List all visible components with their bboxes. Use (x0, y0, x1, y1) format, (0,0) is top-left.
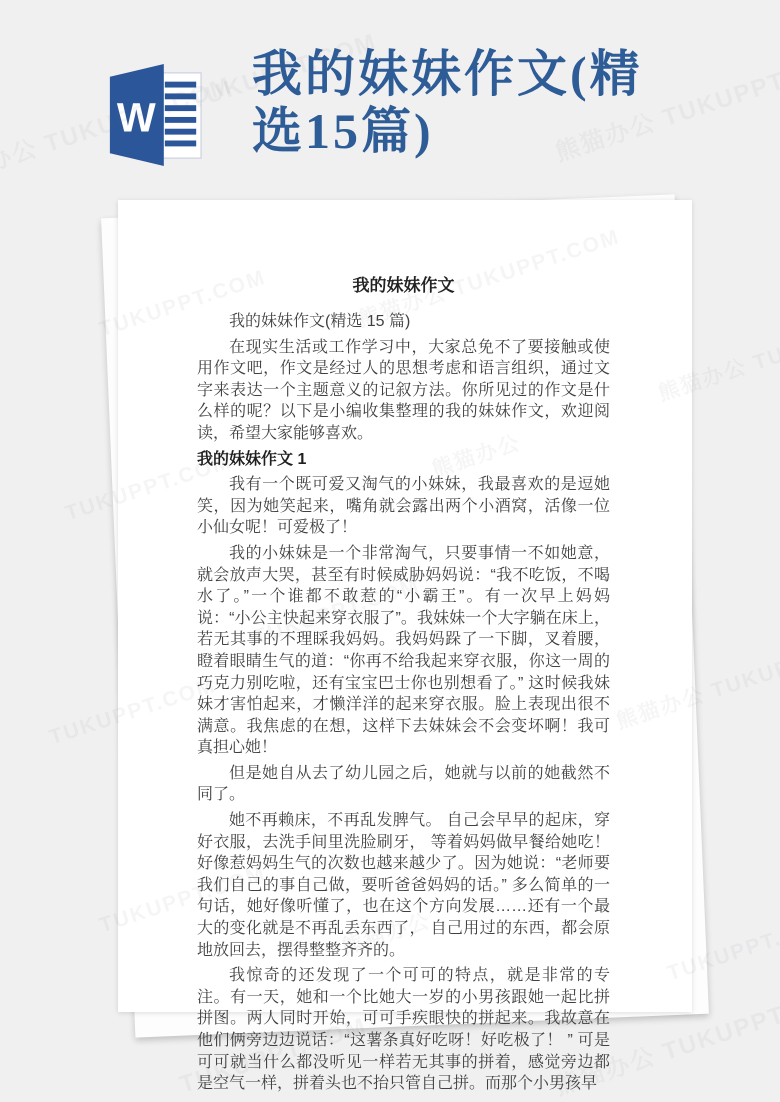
document-page: 我的妹妹作文 我的妹妹作文(精选 15 篇) 在现实生活或工作学习中，大家总免不… (118, 200, 692, 1012)
word-icon-letter: W (117, 95, 156, 141)
doc-header: W 我的妹妹作文(精 选15篇) (0, 0, 780, 200)
document-title-line1: 我的妹妹作文(精 (252, 46, 682, 103)
word-file-icon: W (104, 60, 206, 170)
document-title: 我的妹妹作文(精 选15篇) (252, 46, 682, 160)
body-paragraph: 我有一个既可爱又淘气的小妹妹，我最喜欢的是逗她笑，因为她笑起来，嘴角就会露出两个… (197, 474, 610, 539)
section-heading: 我的妹妹作文 1 (197, 449, 610, 471)
body-paragraph: 但是她自从去了幼儿园之后，她就与以前的她截然不同了。 (197, 763, 610, 806)
intro-paragraph: 我的妹妹作文(精选 15 篇) (197, 311, 610, 333)
intro-paragraph: 在现实生活或工作学习中，大家总免不了要接触或使用作文吧，作文是经过人的思想考虑和… (197, 337, 610, 445)
document-preview-canvas: 熊猫办公 TUKUPPT.COM TUKUPPT.COM 熊猫办公 TUKUPP… (0, 0, 780, 1102)
body-paragraph: 她不再赖床，不再乱发脾气。 自己会早早的起床，穿好衣服，去洗手间里洗脸刷牙， 等… (197, 810, 610, 961)
body-paragraph: 我的小妹妹是一个非常淘气，只要事情一不如她意，就会放声大哭，甚至有时候威胁妈妈说… (197, 543, 610, 759)
page-doc-title: 我的妹妹作文 (197, 275, 610, 297)
document-title-line2: 选15篇) (252, 103, 682, 160)
body-paragraph: 我惊奇的还发现了一个可可的特点，就是非常的专注。有一天，她和一个比她大一岁的小男… (197, 965, 610, 1095)
